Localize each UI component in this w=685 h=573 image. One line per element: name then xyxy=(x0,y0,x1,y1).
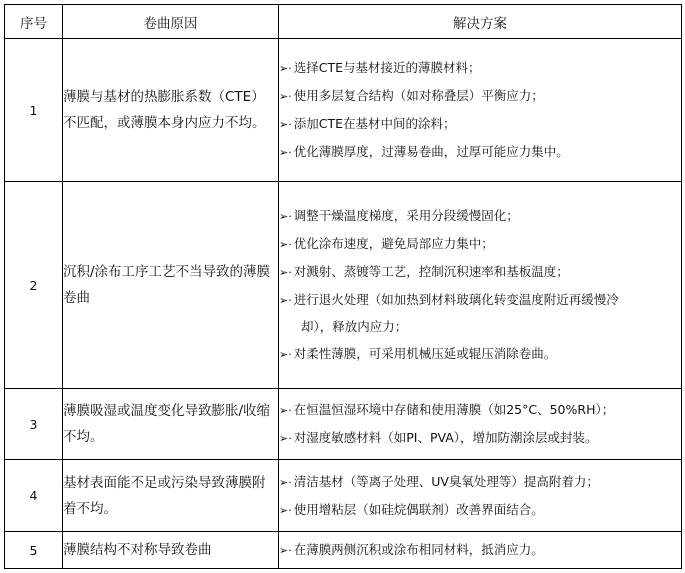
arrow-bullet-icon: ➢· xyxy=(279,432,292,445)
arrow-bullet-icon: ➢· xyxy=(279,238,292,251)
solution-item: ➢·优化涂布速度，避免局部应力集中； xyxy=(279,234,681,254)
table-row: 2 沉积/涂布工序工艺不当导致的薄膜卷曲 ➢·调整干燥温度梯度，采用分段缓慢固化… xyxy=(5,182,682,389)
solution-item: ➢·对湿度敏感材料（如PI、PVA），增加防潮涂层或封装。 xyxy=(279,428,681,448)
solution-item: ➢·对柔性薄膜，可采用机械压延或辊压消除卷曲。 xyxy=(279,344,681,364)
row-number: 5 xyxy=(5,532,63,569)
header-solution: 解决方案 xyxy=(279,5,682,39)
solution-continuation: 却），释放内应力； xyxy=(279,317,681,336)
arrow-bullet-icon: ➢· xyxy=(279,210,292,223)
solution-item: ➢·进行退火处理（如加热到材料玻璃化转变温度附近再缓慢冷却），释放内应力； xyxy=(279,290,681,336)
solution-item: ➢·清洁基材（等离子处理、UV臭氧处理等）提高附着力； xyxy=(279,472,681,492)
row-cause: 薄膜与基材的热膨胀系数（CTE）不匹配，或薄膜本身内应力不均。 xyxy=(63,39,279,182)
row-solutions: ➢·调整干燥温度梯度，采用分段缓慢固化； ➢·优化涂布速度，避免局部应力集中； … xyxy=(279,182,682,389)
row-cause: 薄膜结构不对称导致卷曲 xyxy=(63,532,279,569)
arrow-bullet-icon: ➢· xyxy=(279,404,292,417)
row-number: 3 xyxy=(5,389,63,460)
row-cause: 薄膜吸湿或温度变化导致膨胀/收缩不均。 xyxy=(63,389,279,460)
solution-item: ➢·添加CTE在基材中间的涂料； xyxy=(279,114,681,134)
header-row: 序号 卷曲原因 解决方案 xyxy=(5,5,682,39)
row-number: 4 xyxy=(5,460,63,532)
header-cause: 卷曲原因 xyxy=(63,5,279,39)
row-solutions: ➢·在恒温恒湿环境中存储和使用薄膜（如25°C、50%RH）； ➢·对湿度敏感材… xyxy=(279,389,682,460)
arrow-bullet-icon: ➢· xyxy=(279,62,292,75)
row-number: 1 xyxy=(5,39,63,182)
table-row: 1 薄膜与基材的热膨胀系数（CTE）不匹配，或薄膜本身内应力不均。 ➢·选择CT… xyxy=(5,39,682,182)
arrow-bullet-icon: ➢· xyxy=(279,90,292,103)
solution-item: ➢·使用多层复合结构（如对称叠层）平衡应力； xyxy=(279,86,681,106)
solution-item: ➢·使用增粘层（如硅烷偶联剂）改善界面结合。 xyxy=(279,500,681,520)
solution-item: ➢·优化薄膜厚度，过薄易卷曲，过厚可能应力集中。 xyxy=(279,142,681,162)
solution-item: ➢·对溅射、蒸镀等工艺，控制沉积速率和基板温度； xyxy=(279,262,681,282)
solution-item: ➢·选择CTE与基材接近的薄膜材料； xyxy=(279,58,681,78)
table-row: 3 薄膜吸湿或温度变化导致膨胀/收缩不均。 ➢·在恒温恒湿环境中存储和使用薄膜（… xyxy=(5,389,682,460)
row-solutions: ➢·清洁基材（等离子处理、UV臭氧处理等）提高附着力； ➢·使用增粘层（如硅烷偶… xyxy=(279,460,682,532)
row-cause: 基材表面能不足或污染导致薄膜附着不均。 xyxy=(63,460,279,532)
arrow-bullet-icon: ➢· xyxy=(279,266,292,279)
row-number: 2 xyxy=(5,182,63,389)
row-cause: 沉积/涂布工序工艺不当导致的薄膜卷曲 xyxy=(63,182,279,389)
table-row: 4 基材表面能不足或污染导致薄膜附着不均。 ➢·清洁基材（等离子处理、UV臭氧处… xyxy=(5,460,682,532)
curl-causes-table: 序号 卷曲原因 解决方案 1 薄膜与基材的热膨胀系数（CTE）不匹配，或薄膜本身… xyxy=(4,4,682,569)
solution-item: ➢·调整干燥温度梯度，采用分段缓慢固化； xyxy=(279,206,681,226)
arrow-bullet-icon: ➢· xyxy=(279,146,292,159)
arrow-bullet-icon: ➢· xyxy=(279,294,292,307)
row-solutions: ➢·在薄膜两侧沉积或涂布相同材料，抵消应力。 xyxy=(279,532,682,569)
arrow-bullet-icon: ➢· xyxy=(279,544,292,557)
arrow-bullet-icon: ➢· xyxy=(279,476,292,489)
solution-item: ➢·在薄膜两侧沉积或涂布相同材料，抵消应力。 xyxy=(279,540,681,560)
row-solutions: ➢·选择CTE与基材接近的薄膜材料； ➢·使用多层复合结构（如对称叠层）平衡应力… xyxy=(279,39,682,182)
header-number: 序号 xyxy=(5,5,63,39)
arrow-bullet-icon: ➢· xyxy=(279,348,292,361)
arrow-bullet-icon: ➢· xyxy=(279,504,292,517)
solution-item: ➢·在恒温恒湿环境中存储和使用薄膜（如25°C、50%RH）； xyxy=(279,400,681,420)
table-row: 5 薄膜结构不对称导致卷曲 ➢·在薄膜两侧沉积或涂布相同材料，抵消应力。 xyxy=(5,532,682,569)
arrow-bullet-icon: ➢· xyxy=(279,118,292,131)
